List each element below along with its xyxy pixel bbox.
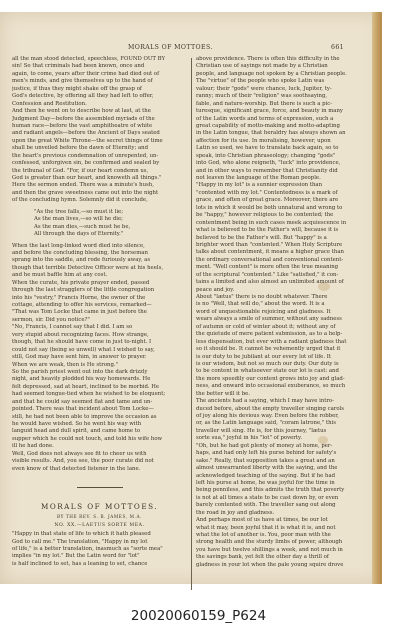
text-line: the savings bank, yet felt the other day… [196,554,358,561]
text-line: "Happy in that state of life to which it… [12,531,187,538]
text-line: cottage, attending to offer his services… [12,302,187,309]
text-line: even know of that detected listener in t… [12,466,187,473]
text-line: is not at all times a state to be cast d… [196,495,358,502]
text-line: ill he had done. [12,443,187,450]
text-line: the better will it be. [196,391,358,398]
text-line: The "virtue" of the people who spoke Lat… [196,78,358,85]
left-column-text-top: all the man stood detected, speechless, … [12,56,187,205]
text-line: The ancients had a saying, which I may h… [196,398,358,405]
text-line: And perhaps most of us have at times, be… [196,517,358,524]
text-line: languid head and dull spirit, and came h… [12,428,187,435]
text-line: As the man lives,—so will he die; [12,216,187,223]
text-line: night, and heavily plodded his way homew… [12,376,187,383]
text-line: peace and joy. [196,287,358,294]
text-line: acknowledged teaching of the saying. But… [196,473,358,480]
text-line: fable, and nature-worship. But there is … [196,101,358,108]
text-line: of the concluding hymn. Solemnly did it … [12,197,187,204]
text-line: sermon, sir. Did you notice?" [12,317,187,324]
text-line: duced before, about the empty traveller … [196,406,358,413]
right-column: above providence. There is often this di… [196,56,358,569]
text-line: though that terrible Detective Officer w… [12,265,187,272]
text-line: gladness in your lot when the pale young… [196,562,358,569]
text-line: the more speedily our content grows into… [196,376,358,383]
text-line: still, he had not been able to improve t… [12,414,187,421]
text-line: people, and language not spoken by a Chr… [196,71,358,78]
text-line: speak, into Christian phraseology; chang… [196,153,358,160]
text-line: and that he could say seemed flat and ta… [12,399,187,406]
text-line: had seemed tongue-tied when he wished to… [12,391,187,398]
text-line: barely contented with. The traveller san… [196,502,358,509]
text-line: of the Latin words and terms of expressi… [196,116,358,123]
text-line: not leaven the language of the Roman peo… [196,175,358,182]
left-column: all the man stood detected, speechless, … [12,56,187,568]
text-line: very stupid about recognizing faces. How… [12,332,187,339]
text-line: valour; their "gods" were chance, luck, … [196,86,358,93]
text-line: again, to come, years after their crime … [12,71,187,78]
text-line: brighter word than "contented." When Hol… [196,242,358,249]
text-line: of joy along his devious way. Even befor… [196,413,358,420]
text-line: "Happy in my lot" is a sunnier expressio… [196,182,358,189]
text-line: Confession and Restitution. [12,101,187,108]
column-rule [191,58,192,590]
text-line: visible results. And, you see, the poor … [12,458,187,465]
page-number: 661 [331,44,344,51]
article-title: MORALS OF MOTTOES. [12,502,187,512]
text-line: God's detective, by offering all they ha… [12,93,187,100]
text-line: sprang into the saddle, and rode furious… [12,257,187,264]
text-line: "That was Tom Locke that came in just be… [12,309,187,316]
text-line: human race—before the vast amphitheatre … [12,123,187,130]
text-line: through the last stragglers of the littl… [12,287,187,294]
text-line: you have but twelve shillings a week, an… [196,547,358,554]
text-line: "Oh, but he had got plenty of money at h… [196,443,358,450]
text-line: pointed. There was that incident about T… [12,406,187,413]
text-line: ness, and onward into occasional exubera… [196,383,358,390]
text-line: left his purse at home, he was joyful fo… [196,480,358,487]
text-line: turesque, significant grace, force, and … [196,108,358,115]
text-line: Here the sermon ended. There was a minut… [12,182,187,189]
text-line: men's minds, and give themselves up to t… [12,78,187,85]
text-line: and in other ways to remember that Chris… [196,168,358,175]
text-line: is no "Well, that will do," about the wo… [196,301,358,308]
text-line: or, as the Latin language said, "coram l… [196,420,358,427]
text-line: is half inclined to set, has a leaning t… [12,561,187,568]
text-line: be "happy," however religious to be cont… [196,212,358,219]
text-line: lots in which it would be both unnatural… [196,205,358,212]
text-line: And then he went on to describe how at l… [12,108,187,115]
text-line: affection for its use. In moralising, ho… [196,138,358,145]
text-line: When we are weak, then is He strong." [12,362,187,369]
text-line: into God, who alone reigneth, "luck" int… [196,160,358,167]
text-line: the ordinary conversational and conventi… [196,257,358,264]
text-line: above providence. There is often this di… [196,56,358,63]
text-line: "As the tree falls,—so must it lie; [12,209,187,216]
text-line: God is greater than our heart, and knowe… [12,175,187,182]
text-line: sake." Really, that supposition takes a … [196,458,358,465]
text-line: God to call me." The translation, "Happy… [12,539,187,546]
text-line: in the Latin tongue, that heraldry has a… [196,130,358,137]
text-line: less dispensation, but ever with a radia… [196,339,358,346]
text-line: all the man stood detected, speechless, … [12,56,187,63]
left-column-text-bottom: When the last long-linked word died into… [12,243,187,474]
text-line: is our duty to be jubilant at our every … [196,354,358,361]
text-line: the quietude of mere patient submission,… [196,331,358,338]
text-line: So the parish priest went out into the d… [12,369,187,376]
running-head-title: MORALS OF MOTTOES. [128,44,213,51]
text-line: felt depressed, sad at heart, inclined t… [12,384,187,391]
text-line: justice, if thus they might shake off th… [12,86,187,93]
text-line: he would have wished. So he went his way… [12,421,187,428]
text-line: being penniless, and this admits the tru… [196,487,358,494]
text-line: Judgment Day—before the assembled myriad… [12,116,187,123]
page-edge-right [372,12,382,584]
text-line: talks about contentment, it means a high… [196,249,358,256]
text-line: the heart's previous condemnation of unr… [12,153,187,160]
text-line: sorte sua," joyful in his "lot" of pover… [196,435,358,442]
section-divider [77,487,123,488]
text-line: grace, and often of great grace. Moreove… [196,197,358,204]
text-line: of the scriptural "contented." Like "sat… [196,272,358,279]
text-line: sin! So that criminals had been known, o… [12,63,187,70]
text-line: supper which he could not touch, and tol… [12,436,187,443]
text-line: and then the grave sweetness came out in… [12,190,187,197]
text-line: Christian use of sayings not made by a C… [196,63,358,70]
text-line: what the lot of another is. You, poor ma… [196,532,358,539]
text-line: into his "vestry," Francis Horne, the ow… [12,295,187,302]
verse-block: "As the tree falls,—so must it lie;As th… [12,209,187,239]
text-line: haps, and had only left his purse behind… [196,450,358,457]
text-line: the tribunal of God. "For, if our heart … [12,168,187,175]
text-line: is our wisdom, but not so much our duty.… [196,361,358,368]
text-line: Latin so used, we have to translate back… [196,145,358,152]
text-line: great capability of motto-making and mot… [196,123,358,130]
text-line: of life," is a better translation, inasm… [12,546,187,553]
text-line: the road in joy and gladness. [196,510,358,517]
text-line: When the last long-linked word died into… [12,243,187,250]
text-line: and radiant angels—before the Ancient of… [12,130,187,137]
running-head: MORALS OF MOTTOES. 661 [0,44,372,56]
text-line: traveller will sing. He is, for this jou… [196,428,358,435]
text-line: to be content in whatsoever state our lo… [196,368,358,375]
text-line: confessed, unforgiven sin, be confirmed … [12,160,187,167]
text-line: strong health and the sturdy limbs of po… [196,539,358,546]
article-text: "Happy in that state of life to which it… [12,531,187,568]
text-line: believed to be the Father's will. But "h… [196,235,358,242]
text-line: implies "in my lot." But the Latin word … [12,553,187,560]
text-line: upon the great White Throne—the secret t… [12,138,187,145]
text-line: shall be unveiled before the dawn of Ete… [12,145,187,152]
text-line: All through the days of Eternity." [12,231,187,238]
text-line: almost unwarranted liberty with the sayi… [196,465,358,472]
text-line: About "lætus" there is no doubt whatever… [196,294,358,301]
text-line: As the man dies,—such must he be, [12,224,187,231]
text-line: contentment being in such cases meek acq… [196,220,358,227]
text-line: "contented with my lot." Contentedness i… [196,190,358,197]
text-line: word of unquestionable rejoicing and gla… [196,309,358,316]
text-line: what is believed to be the Father's will… [196,227,358,234]
text-line: ment. "Well content" is more often the t… [196,264,358,271]
text-line: and before the concluding blessing, the … [12,250,187,257]
text-line: When the curate, his private prayer ende… [12,280,187,287]
text-line: "No, Francis, I cannot say that I did. I… [12,324,187,331]
text-line: wears always a smile of summer, without … [196,316,358,323]
text-line: though, that he should have come in just… [12,339,187,346]
text-line: could not say (being so unwell) what I w… [12,347,187,354]
text-line: tains a limited and also almost an unlim… [196,279,358,286]
image-caption: 20020060159_P624 [0,608,397,624]
text-line: still, God may have sent him, in answer … [12,354,187,361]
text-line: ranny; much of their "religion" was soot… [196,93,358,100]
article-byline: BY THE REV. S. B. JAMES, M.A. [12,512,187,521]
article-subtitle: NO. XX.—LAETUS SORTE MEA. [12,521,187,531]
text-line: of autumn or cold of winter about it; wi… [196,324,358,331]
text-line: so it should be. It cannot be vehemently… [196,346,358,353]
text-line: what it may, been joyful that it is what… [196,525,358,532]
text-line: and he must baffle him at any cost. [12,272,187,279]
text-line: Well, God does not always see fit to che… [12,451,187,458]
